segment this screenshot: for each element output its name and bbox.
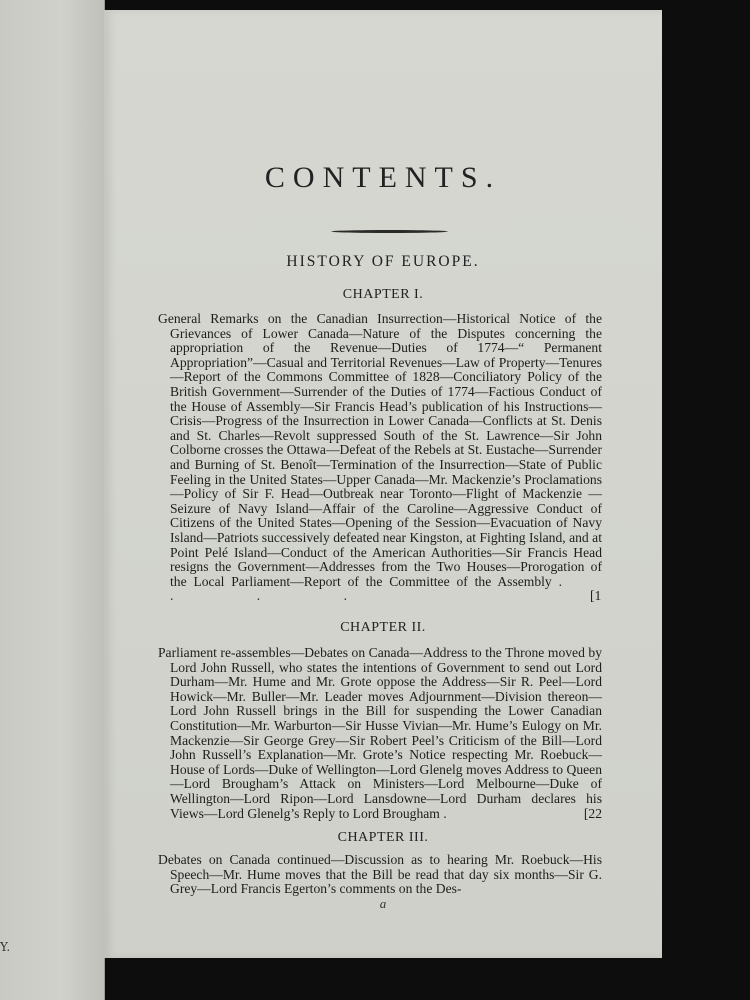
chapter-2-text: Parliament re-assembles—Debates on Canad… [158, 645, 602, 821]
section-title: HISTORY OF EUROPE. [104, 253, 662, 271]
chapter-3-heading: CHAPTER III. [104, 830, 662, 846]
chapter-2-summary: Parliament re-assembles—Debates on Canad… [158, 646, 602, 821]
chapter-2-heading: CHAPTER II. [104, 620, 662, 636]
page-title: CONTENTS. [104, 161, 662, 195]
signature-mark: a [104, 896, 662, 912]
chapter-1-heading: CHAPTER I. [104, 287, 662, 303]
chapter-1-summary: General Remarks on the Canadian Insurrec… [158, 312, 602, 604]
book-photo: Y. CONTENTS. HISTORY OF EUROPE. CHAPTER … [0, 0, 750, 1000]
contents-page: CONTENTS. HISTORY OF EUROPE. CHAPTER I. … [104, 10, 662, 958]
chapter-2-leaders: . [443, 806, 486, 821]
left-page: Y. [0, 0, 105, 1000]
left-page-mark: Y. [0, 940, 10, 954]
chapter-2-page-ref: [22 [596, 807, 602, 822]
chapter-3-summary: Debates on Canada continued—Discussion a… [158, 853, 602, 897]
chapter-1-text: General Remarks on the Canadian Insurrec… [158, 311, 602, 589]
decorative-rule [331, 230, 448, 233]
chapter-3-text: Debates on Canada continued—Discussion a… [158, 852, 602, 896]
